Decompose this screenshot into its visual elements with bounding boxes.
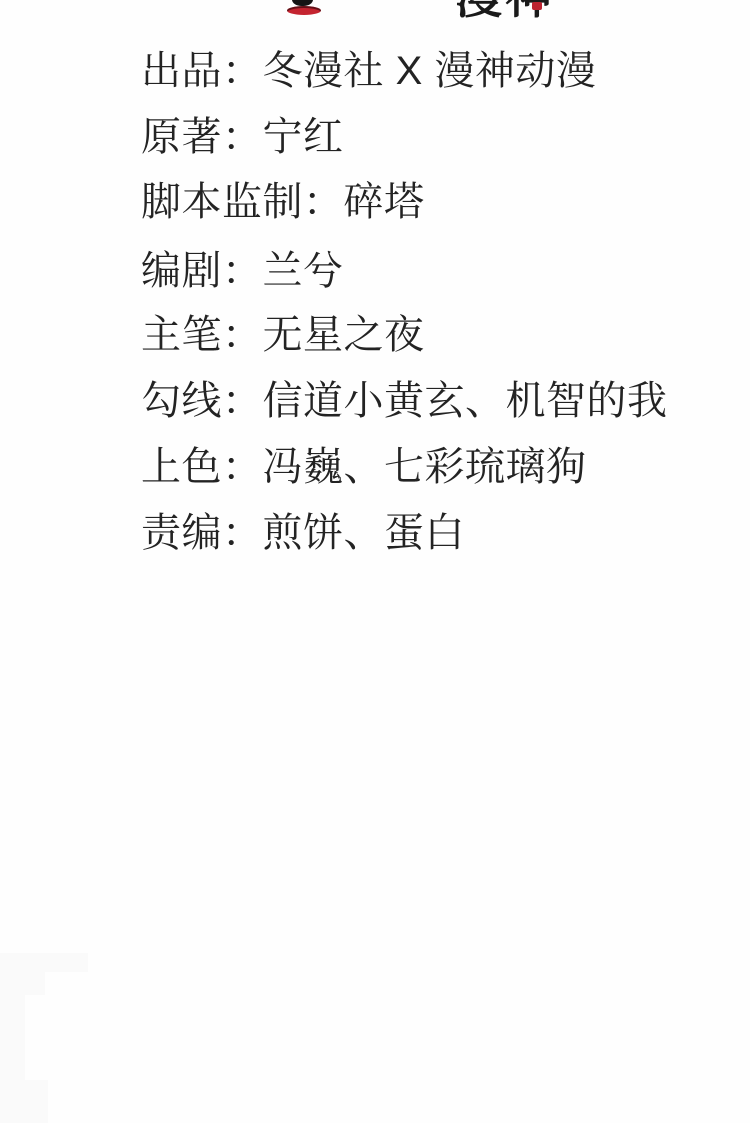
- comic-credits-page: 漫神 出品：冬漫社 X 漫神动漫 原著：宁红 脚本监制：碎塔 编剧：兰兮 主笔：…: [0, 0, 750, 1123]
- credit-line-lead-artist: 主笔：无星之夜: [141, 314, 425, 356]
- credit-line-editor: 责编：煎饼、蛋白: [141, 512, 465, 554]
- logo-red-lens-icon: [287, 6, 321, 15]
- scan-artifact: [0, 0, 750, 1123]
- credit-line-original-author: 原著：宁红: [141, 116, 344, 158]
- credit-line-producer: 出品：冬漫社 X 漫神动漫: [141, 50, 596, 92]
- credit-line-script-supervisor: 脚本监制：碎塔: [141, 181, 425, 223]
- publisher-logo-cropped: 漫神: [0, 0, 750, 19]
- logo-wordmark-accent-dot: [532, 2, 542, 10]
- credit-line-screenwriter: 编剧：兰兮: [141, 250, 344, 292]
- credit-line-coloring: 上色：冯巍、七彩琉璃狗: [141, 446, 587, 488]
- credit-line-lineart: 勾线：信道小黄玄、机智的我: [141, 380, 668, 422]
